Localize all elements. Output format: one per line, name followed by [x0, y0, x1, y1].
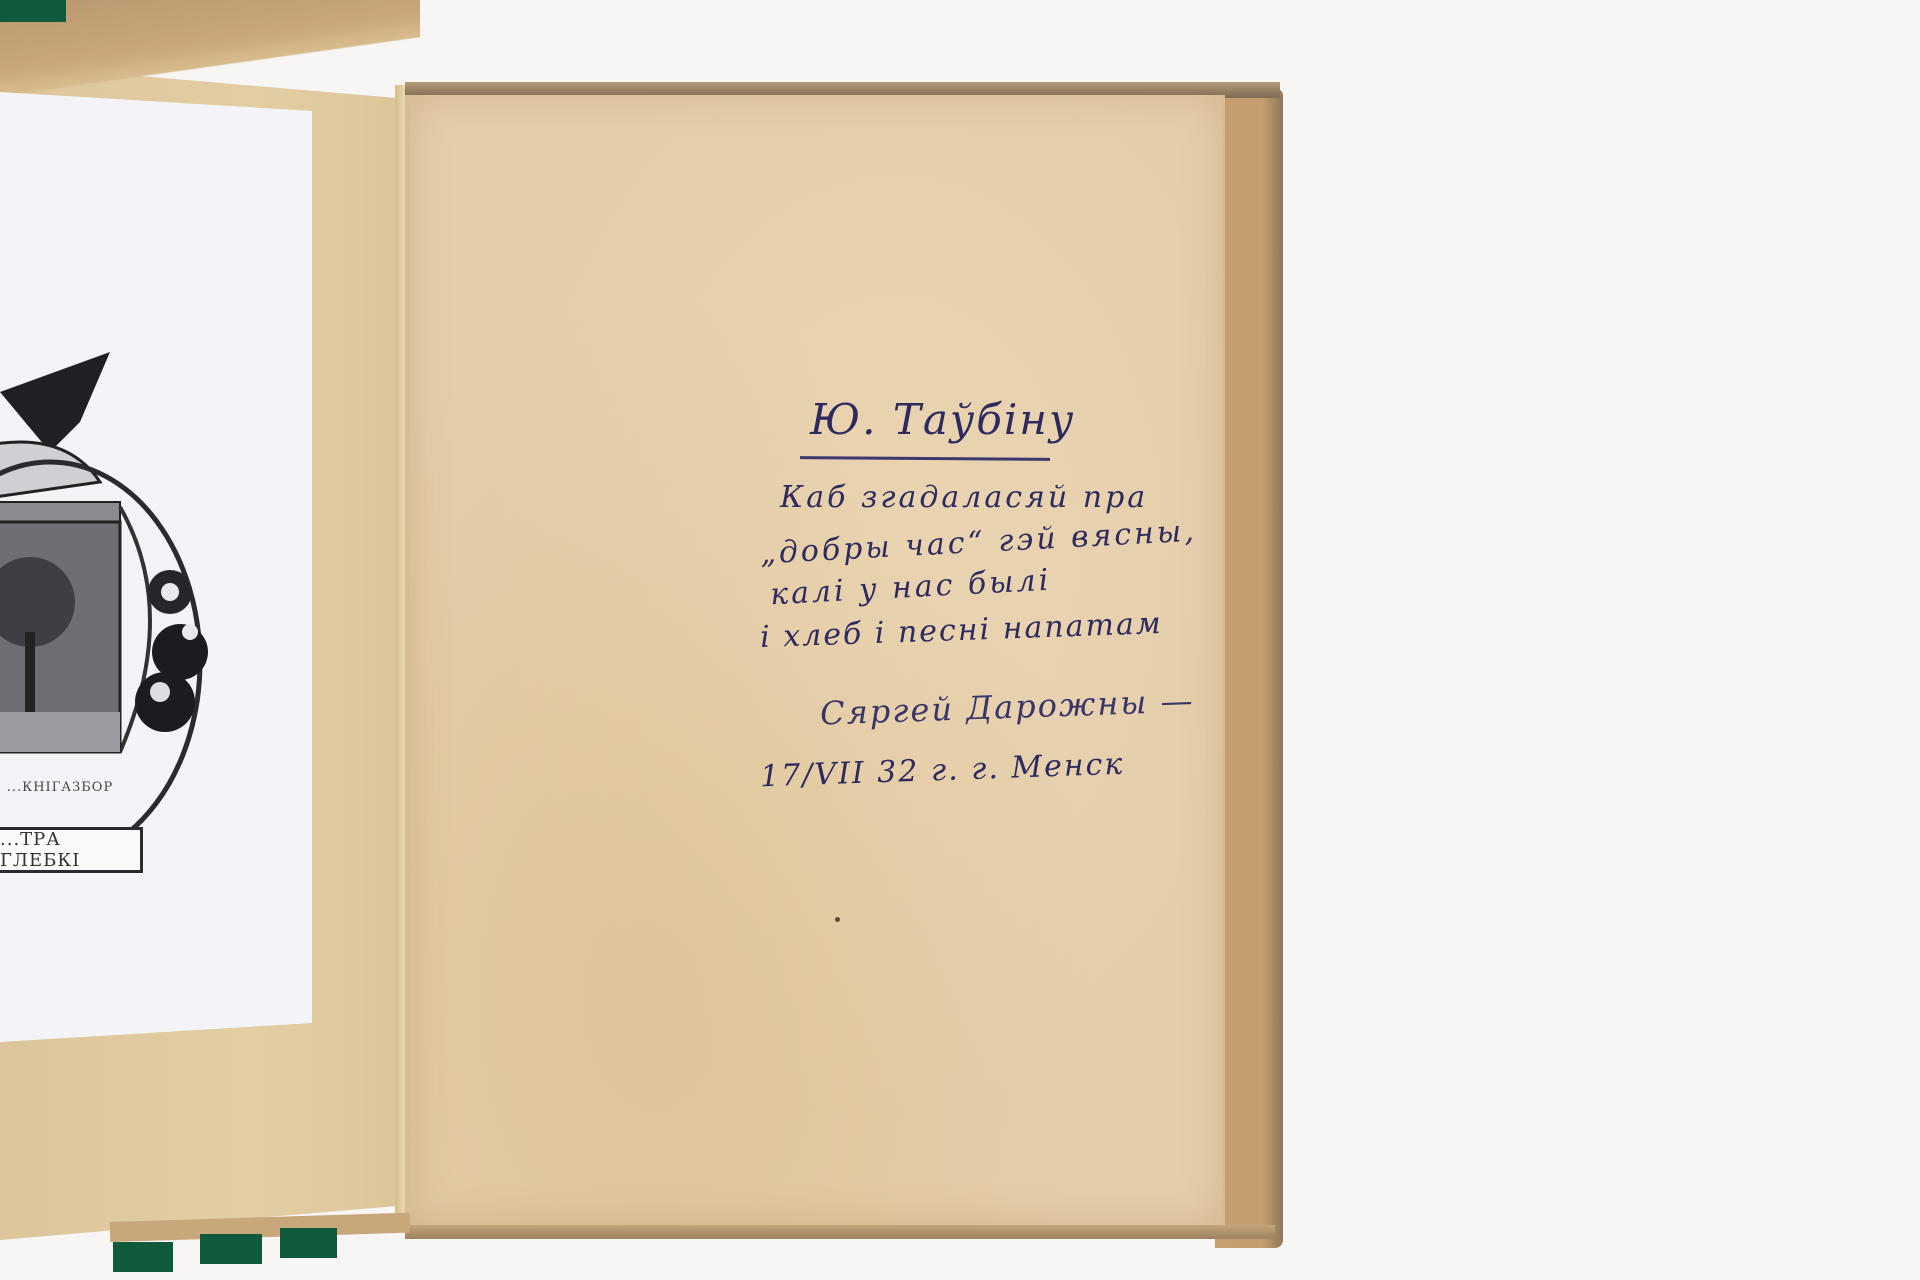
green-cover-mark — [200, 1234, 262, 1264]
green-cover-mark — [280, 1228, 337, 1258]
inscription-dedicatee: Ю. Таўбіну — [810, 395, 1075, 444]
bookplate-banner: ...ТРА ГЛЕБКІ — [0, 827, 143, 873]
page-edge-bottom — [405, 1225, 1275, 1239]
paper-spot — [835, 917, 840, 922]
flyleaf-page — [410, 95, 1222, 1225]
green-cover-marks-bottom — [0, 1240, 420, 1280]
green-cover-mark-top — [0, 0, 66, 22]
green-cover-mark — [113, 1242, 173, 1272]
back-cover-board — [1215, 88, 1283, 1248]
bookplate-emblem-icon — [0, 332, 240, 852]
book-photo: ...КНІГАЗБОР ...ТРА ГЛЕБКІ Ю. Таўбіну Ка… — [0, 0, 1920, 1280]
bookplate: ...КНІГАЗБОР ...ТРА ГЛЕБКІ — [0, 92, 312, 1042]
bookplate-ring-text: ...КНІГАЗБОР — [0, 780, 120, 795]
inscription-line: Каб згадаласяй пра — [780, 480, 1148, 515]
